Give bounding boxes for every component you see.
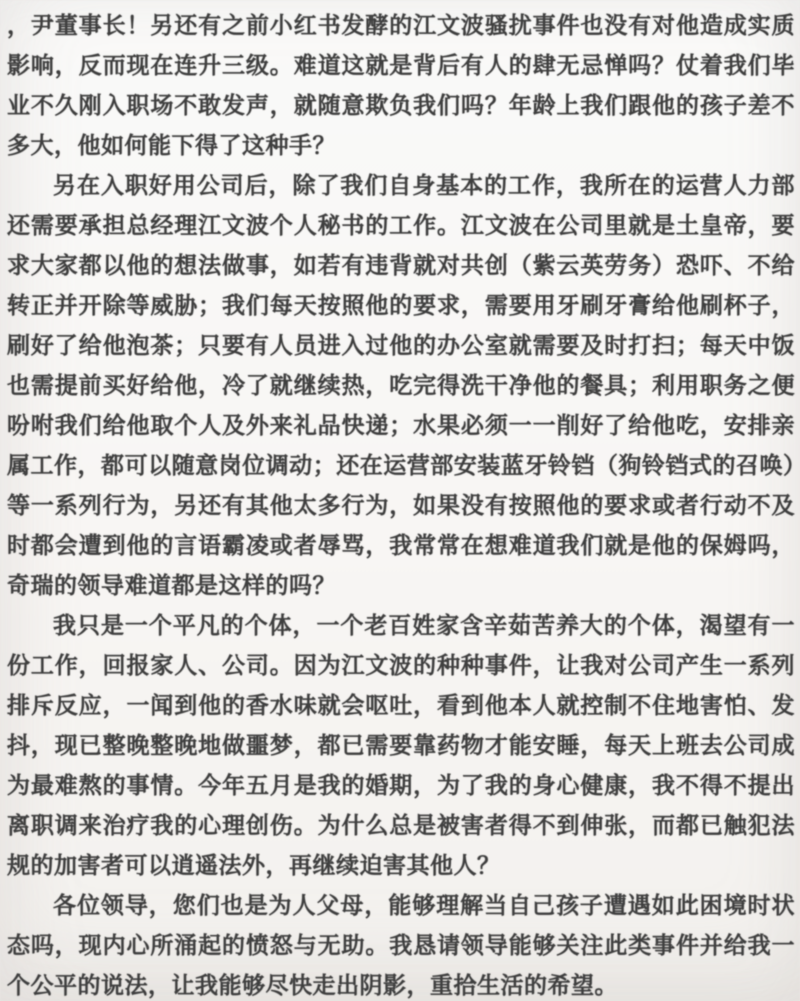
document-page: ，尹董事长！另还有之前小红书发酵的江文波骚扰事件也没有对他造成实质影响，反而现在… bbox=[0, 0, 800, 1001]
paragraph-personal: 我只是一个平凡的个体，一个老百姓家含辛茹苦养大的个体，渴望有一份工作，回报家人、… bbox=[7, 605, 795, 885]
paragraph-appeal: 各位领导，您们也是为人父母，能够理解当自己孩子遭遇如此困境时状态吗，现内心所涌起… bbox=[7, 885, 795, 1001]
paragraph-duties: 另在入职好用公司后，除了我们自身基本的工作，我所在的运营人力部还需要承担总经理江… bbox=[7, 165, 795, 605]
paragraph-continuation: ，尹董事长！另还有之前小红书发酵的江文波骚扰事件也没有对他造成实质影响，反而现在… bbox=[7, 5, 795, 165]
